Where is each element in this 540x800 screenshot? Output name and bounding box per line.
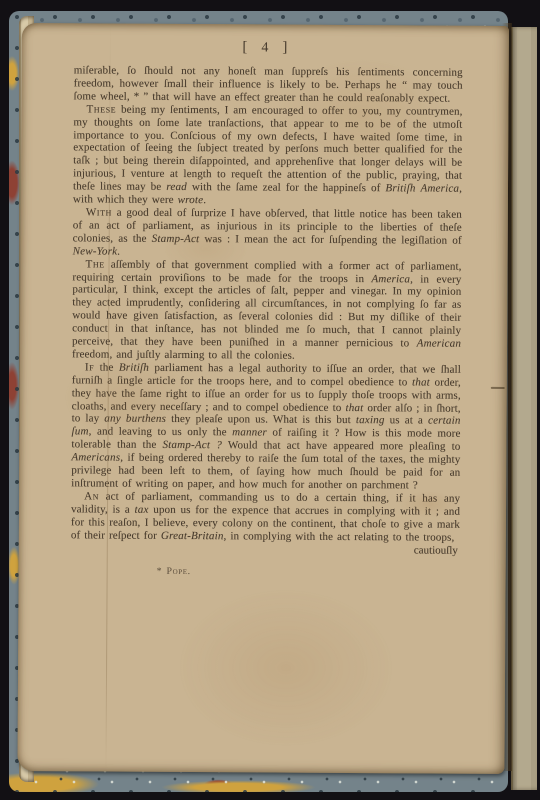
footnote-marker: * (157, 565, 162, 576)
text-segment: with the ſame zeal for the happineſs of (187, 181, 386, 194)
footnote-text: Pope. (167, 565, 191, 576)
footnote: *Pope. (157, 565, 506, 578)
text-segment: miſerable, ſo ſhould not any honeſt man … (74, 64, 463, 104)
text-segment: taxing (356, 415, 385, 427)
text-segment: the (94, 361, 119, 373)
text-block: miſerable, ſo ſhould not any honeſt man … (71, 64, 463, 544)
text-segment: If (85, 361, 94, 373)
bracket-left: [ (242, 39, 248, 55)
paragraph: With a good deal of ſurprize I have obſe… (73, 206, 462, 260)
book-page: [4] miſerable, ſo ſhould not any honeſt … (17, 23, 509, 774)
text-segment: . (203, 194, 206, 206)
text-segment: freedom, and juſtly alarming to all the … (72, 348, 295, 361)
text-segment: America (371, 273, 410, 285)
text-segment: was : I mean the act for ſuſpending the … (199, 233, 461, 247)
text-segment: Americans (71, 451, 120, 463)
text-segment: An (84, 490, 99, 502)
text-segment: Stamp-Act ? (162, 439, 222, 451)
paragraph: An act of parliament, commanding us to d… (71, 490, 460, 544)
text-segment: , if being ordered thereby to raiſe the … (71, 452, 460, 492)
text-segment: The (85, 258, 104, 270)
text-segment: any burthens (104, 413, 166, 425)
text-segment: Britiſh America (385, 182, 459, 194)
text-segment: , in complying with the act relating to … (224, 530, 455, 543)
text-segment: Great-Britain (161, 529, 224, 541)
text-segment: Britiſh (119, 361, 149, 373)
bracket-right: ] (282, 40, 288, 56)
paragraph: These being my ſentiments, I am encourag… (73, 103, 463, 209)
text-segment: Stamp-Act (152, 233, 200, 245)
paragraph: If the Britiſh parliament has a legal au… (71, 361, 461, 492)
paragraph: miſerable, ſo ſhould not any honeſt man … (74, 64, 463, 105)
text-segment: they pleaſe upon us. What is this but (166, 413, 356, 426)
text-segment: These (86, 103, 116, 115)
text-segment: American (417, 337, 461, 349)
text-segment: that (345, 402, 363, 414)
text-segment: tax (135, 504, 149, 516)
fold-mark (491, 387, 505, 389)
text-segment: that (412, 376, 430, 388)
text-segment: With (86, 206, 112, 218)
text-segment: manner (232, 427, 267, 439)
text-segment: read (166, 181, 187, 193)
text-segment: us at a (385, 415, 429, 427)
text-segment: . (117, 245, 120, 257)
page-number: 4 (261, 40, 269, 55)
text-segment: Would that act have appeared more pleaſi… (222, 440, 461, 453)
text-segment: wrote (178, 194, 204, 206)
text-segment: , and leaving to us only the (89, 426, 233, 439)
text-segment: being my ſentiments, I am encouraged to … (73, 103, 463, 193)
paragraph: The aſſembly of that government complied… (72, 258, 462, 364)
book-scan: [4] miſerable, ſo ſhould not any honeſt … (0, 0, 540, 800)
catchword: cautiouſly (19, 542, 458, 558)
text-segment: New-York (73, 245, 118, 257)
adjacent-page-leaf (511, 27, 537, 790)
page-number-header: [4] (22, 38, 509, 58)
